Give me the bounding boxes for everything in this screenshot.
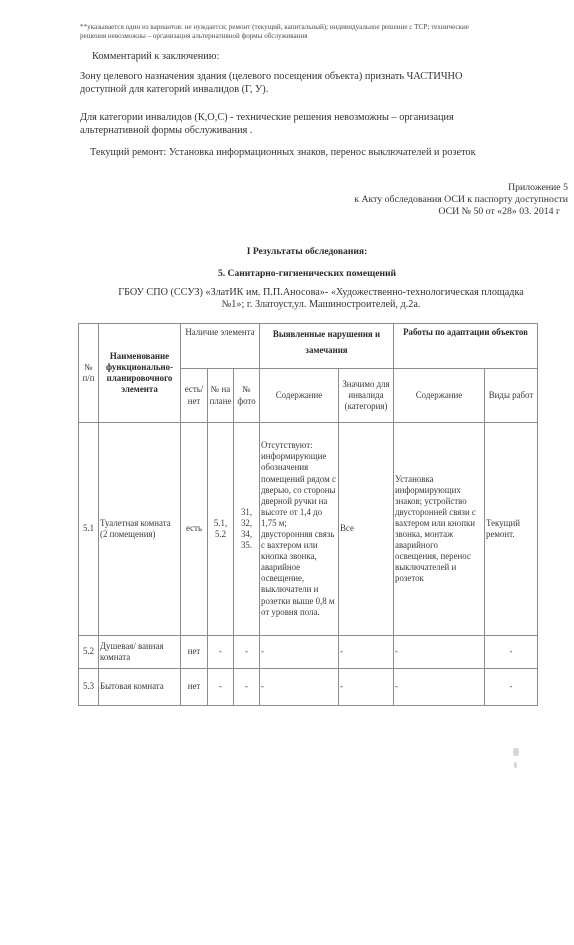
row-significant: - <box>339 669 394 706</box>
results-table: № п/п Наименование функционально-планиро… <box>78 323 538 706</box>
row-num: 5.3 <box>79 669 99 706</box>
row-name: Бытовая комната <box>99 669 181 706</box>
header-presence-plan: № на плане <box>208 369 234 423</box>
row-work: - <box>394 669 485 706</box>
table-header-row-1: № п/п Наименование функционально-планиро… <box>79 324 538 369</box>
header-violations: Выявленные нарушения и замечания <box>260 324 394 369</box>
appendix-line-3: ОСИ № 50 от «28» 03. 2014 г <box>354 206 560 218</box>
row-photo: - <box>234 636 260 669</box>
table-row: 5.3 Бытовая комната нет - - - - - - <box>79 669 538 706</box>
row-violation: - <box>260 669 339 706</box>
header-works: Работы по адаптации объектов <box>394 324 538 369</box>
comment-paragraph-2-line-2: альтернативной формы обслуживания . <box>80 124 454 137</box>
row-plan: - <box>208 669 234 706</box>
row-num: 5.1 <box>79 423 99 636</box>
row-violation: - <box>260 636 339 669</box>
organization-line-2: №1»; г. Златоуст,ул. Машиностроителей, д… <box>86 299 556 311</box>
section-subtitle: 5. Санитарно-гигиенических помещений <box>0 268 574 279</box>
row-photo: - <box>234 669 260 706</box>
header-works-content: Содержание <box>394 369 485 423</box>
header-works-type: Виды работ <box>485 369 538 423</box>
comment-paragraph-2: Для категории инвалидов (К,О,С) - технич… <box>80 111 454 137</box>
header-violations-significant: Значимо для инвалида (категория) <box>339 369 394 423</box>
row-plan: 5.1, 5.2 <box>208 423 234 636</box>
row-plan: - <box>208 636 234 669</box>
row-work-type: - <box>485 636 538 669</box>
row-name: Туалетная комната (2 помещения) <box>99 423 181 636</box>
appendix-reference: Приложение 5 к Акту обследования ОСИ к п… <box>354 182 554 219</box>
organization-address: ГБОУ СПО (ССУЗ) «ЗлатИК им. П.П.Аносова»… <box>86 287 556 312</box>
comment-paragraph-3: Текущий ремонт: Установка информационных… <box>90 146 476 159</box>
row-num: 5.2 <box>79 636 99 669</box>
row-significant: - <box>339 636 394 669</box>
header-presence-photo: № фото <box>234 369 260 423</box>
section-title: I Результаты обследования: <box>0 246 574 257</box>
row-significant: Все <box>339 423 394 636</box>
comment-paragraph-2-line-1: Для категории инвалидов (К,О,С) - технич… <box>80 111 454 124</box>
header-num: № п/п <box>79 324 99 423</box>
footnote: **указывается один из вариантов: не нужд… <box>80 23 550 41</box>
footnote-line-2: решения невозможны – организация альтерн… <box>80 32 550 41</box>
comment-paragraph-1: Зону целевого назначения здания (целевог… <box>80 70 462 96</box>
row-name: Душевая/ ванная комната <box>99 636 181 669</box>
header-name: Наименование функционально-планировочног… <box>99 324 181 423</box>
scan-artifact <box>513 748 521 772</box>
row-has: нет <box>181 669 208 706</box>
appendix-line-2: к Акту обследования ОСИ к паспорту досту… <box>354 194 568 206</box>
comment-paragraph-1-line-2: доступной для категорий инвалидов (Г, У)… <box>80 83 462 96</box>
table-row: 5.1 Туалетная комната (2 помещения) есть… <box>79 423 538 636</box>
organization-line-1: ГБОУ СПО (ССУЗ) «ЗлатИК им. П.П.Аносова»… <box>86 287 556 299</box>
comment-title: Комментарий к заключению: <box>92 51 219 62</box>
row-has: есть <box>181 423 208 636</box>
row-work: - <box>394 636 485 669</box>
header-violations-content: Содержание <box>260 369 339 423</box>
table-row: 5.2 Душевая/ ванная комната нет - - - - … <box>79 636 538 669</box>
header-presence: Наличие элемента <box>181 324 260 369</box>
appendix-line-1: Приложение 5 <box>354 182 568 194</box>
row-work-type: - <box>485 669 538 706</box>
row-photo: 31, 32, 34, 35. <box>234 423 260 636</box>
header-presence-has: есть/ нет <box>181 369 208 423</box>
row-has: нет <box>181 636 208 669</box>
footnote-line-1: **указывается один из вариантов: не нужд… <box>80 23 550 32</box>
row-work-type: Текущий ремонт. <box>485 423 538 636</box>
comment-paragraph-1-line-1: Зону целевого назначения здания (целевог… <box>80 70 462 83</box>
row-work: Установка информирующих знаков; устройст… <box>394 423 485 636</box>
row-violation: Отсутствуют: информирующие обозначения п… <box>260 423 339 636</box>
